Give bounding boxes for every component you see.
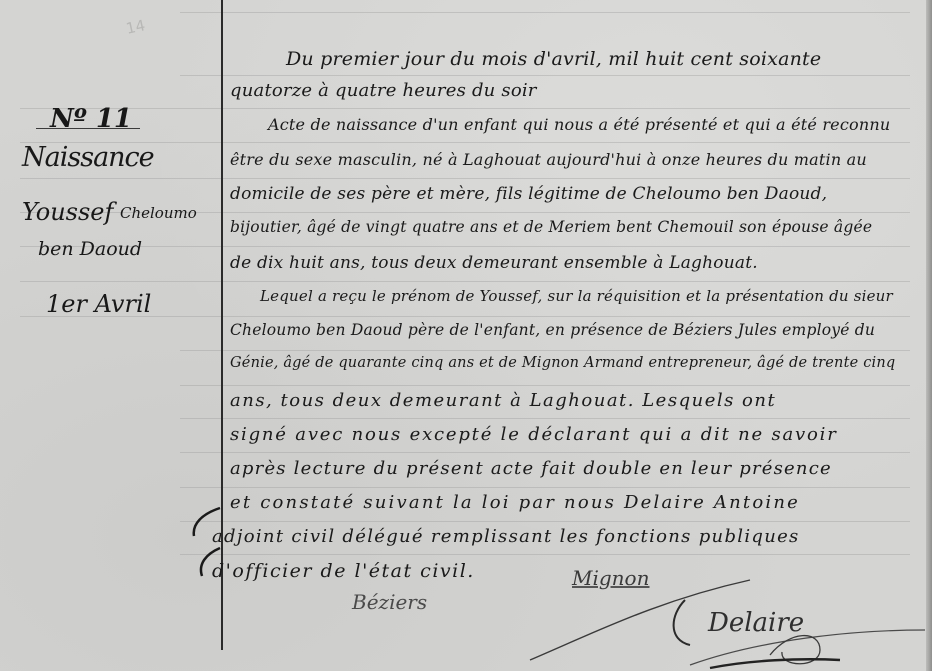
- body-line: de dix huit ans, tous deux demeurant ens…: [230, 253, 758, 273]
- body-line: quatorze à quatre heures du soir: [230, 80, 537, 101]
- margin-bracket-icon: [186, 500, 226, 580]
- act-number: Nº 11: [50, 104, 132, 134]
- body-line: Cheloumo ben Daoud père de l'enfant, en …: [230, 321, 875, 339]
- father-name-line1: Cheloumo: [120, 204, 197, 222]
- father-name-line2: ben Daoud: [38, 238, 142, 260]
- body-line: Génie, âgé de quarante cinq ans et de Mi…: [230, 355, 895, 371]
- body-line: Acte de naissance d'un enfant qui nous a…: [268, 115, 890, 134]
- signature-witness-beziers: Béziers: [352, 590, 427, 614]
- child-name: Youssef: [22, 198, 113, 226]
- body-line: Du premier jour du mois d'avril, mil hui…: [286, 48, 821, 70]
- act-number-underline: [36, 128, 140, 129]
- act-type: Naissance: [22, 142, 154, 173]
- body-line: être du sexe masculin, né à Laghouat auj…: [230, 150, 867, 169]
- act-date: 1er Avril: [46, 290, 151, 318]
- body-line: domicile de ses père et mère, fils légit…: [230, 184, 827, 204]
- body-line: Lequel a reçu le prénom de Youssef, sur …: [260, 287, 893, 305]
- body-line: signé avec nous excepté le déclarant qui…: [230, 424, 838, 445]
- body-line: adjoint civil délégué remplissant les fo…: [212, 526, 800, 547]
- page-edge: [926, 0, 932, 671]
- body-line: ans, tous deux demeurant à Laghouat. Les…: [230, 390, 776, 411]
- body-line: bijoutier, âgé de vingt quatre ans et de…: [230, 218, 872, 236]
- body-line: d'officier de l'état civil.: [212, 560, 475, 582]
- body-line: et constaté suivant la loi par nous Dela…: [230, 492, 800, 513]
- signature-witness-mignon: Mignon: [572, 566, 649, 590]
- register-page: 14 Nº 11 Naissance Youssef Cheloumo ben …: [0, 0, 932, 671]
- signature-officer-delaire: Delaire: [708, 608, 804, 638]
- body-line: après lecture du présent acte fait doubl…: [230, 458, 832, 479]
